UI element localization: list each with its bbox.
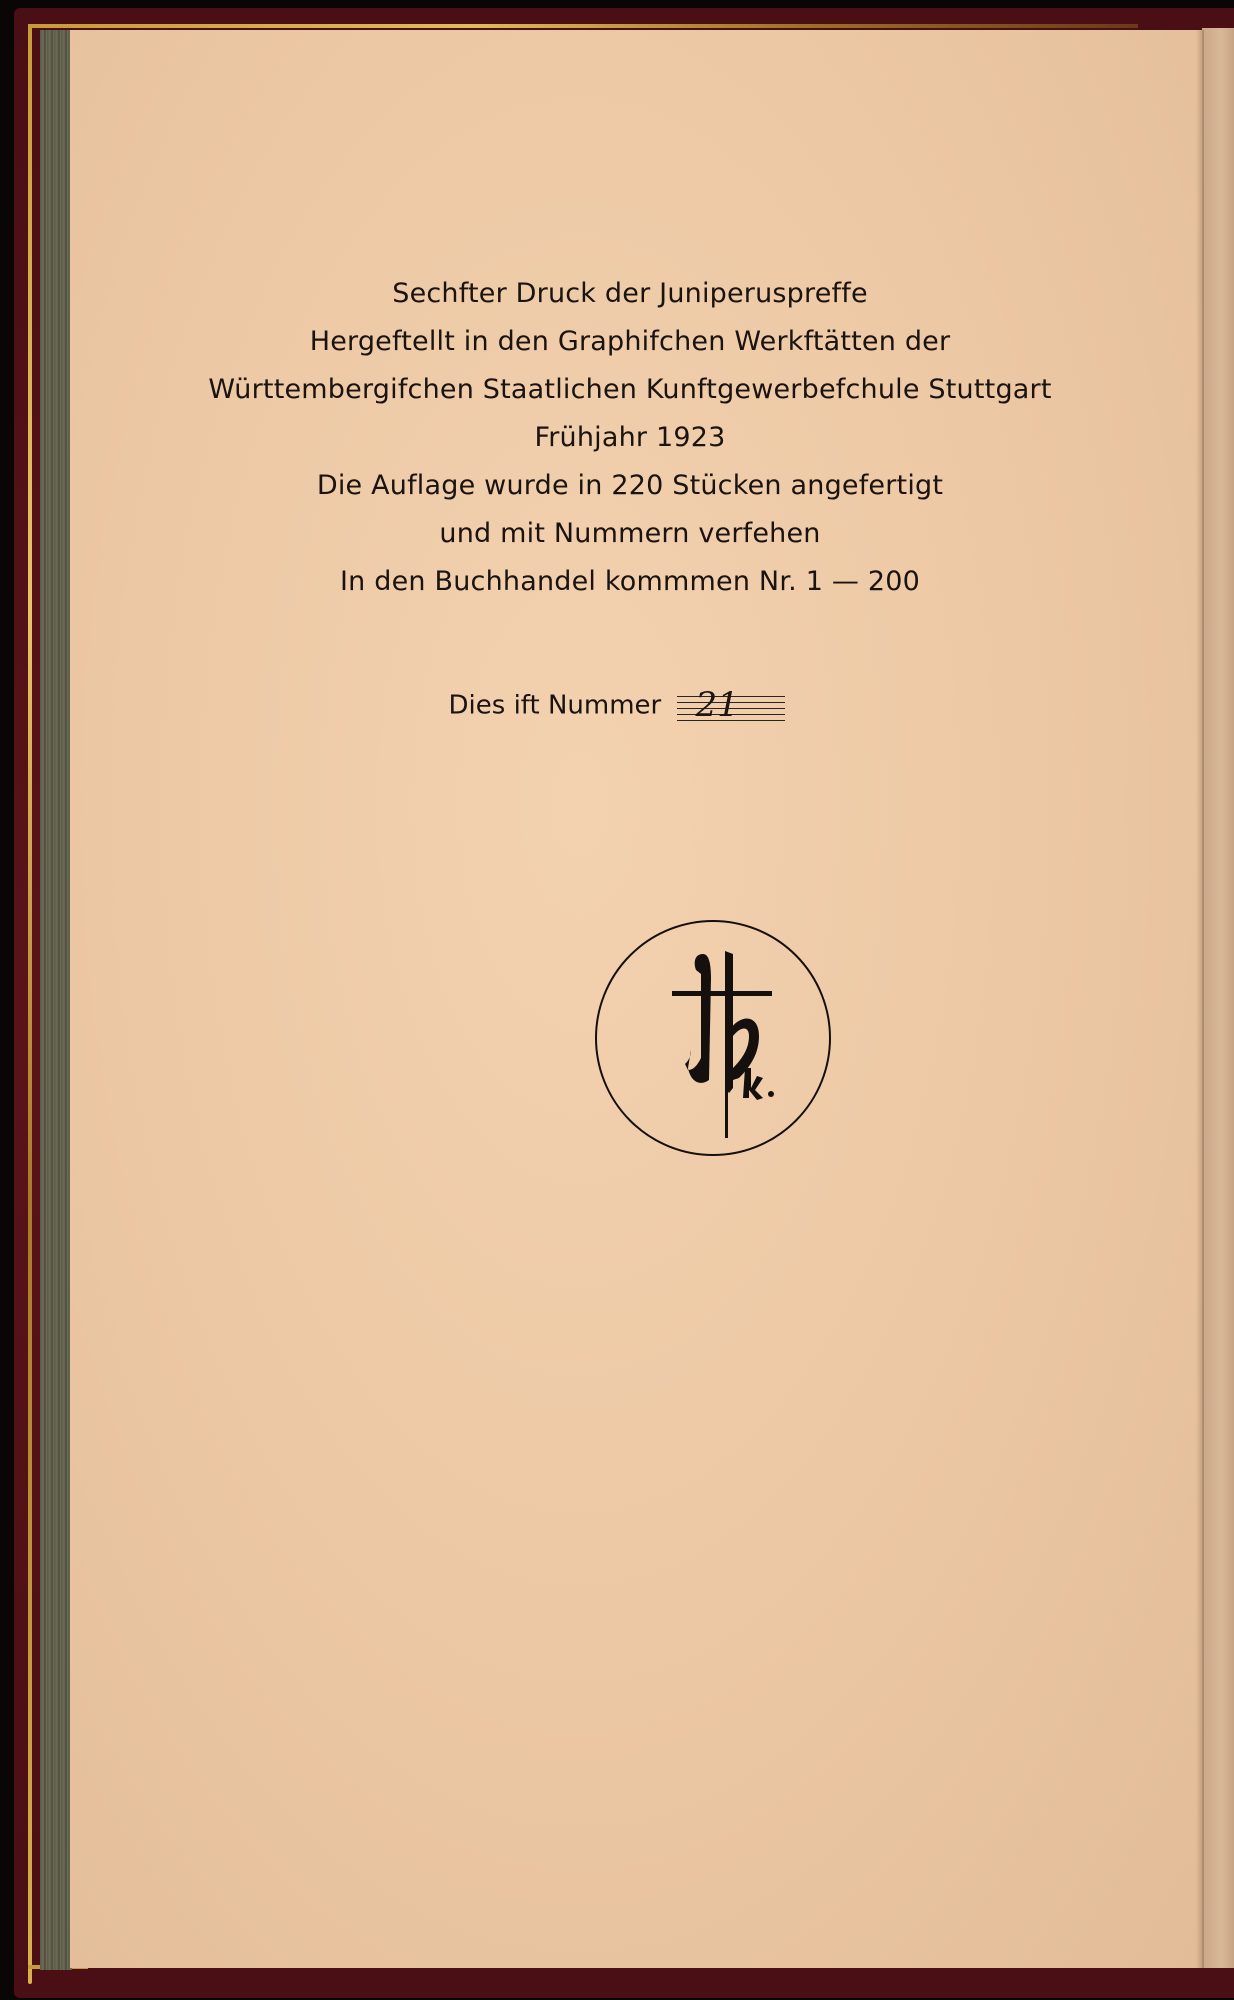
colophon-line-5: Die Auflage wurde in 220 Stücken angefer…	[0, 462, 1234, 510]
colophon-line-7: In den Buchhandel kommmen Nr. 1 — 200	[0, 558, 1234, 606]
edition-number-line: Dies ift Nummer 21	[0, 690, 1234, 721]
edition-number-label: Dies ift Nummer	[449, 691, 662, 721]
press-monogram-icon	[593, 918, 833, 1158]
colophon-line-4: Frühjahr 1923	[0, 414, 1234, 462]
gilt-border-top	[28, 24, 1138, 28]
colophon-text: Sechfter Druck der Juniperuspreffe Herge…	[0, 270, 1234, 606]
colophon-line-2: Hergeftellt in den Graphifchen Werkftätt…	[0, 318, 1234, 366]
edition-number-field: 21	[677, 691, 785, 721]
edition-number-value: 21	[695, 685, 738, 725]
colophon-line-6: und mit Nummern verfehen	[0, 510, 1234, 558]
colophon-line-3: Württembergifchen Staatlichen Kunftgewer…	[0, 366, 1234, 414]
colophon-line-1: Sechfter Druck der Juniperuspreffe	[0, 270, 1234, 318]
